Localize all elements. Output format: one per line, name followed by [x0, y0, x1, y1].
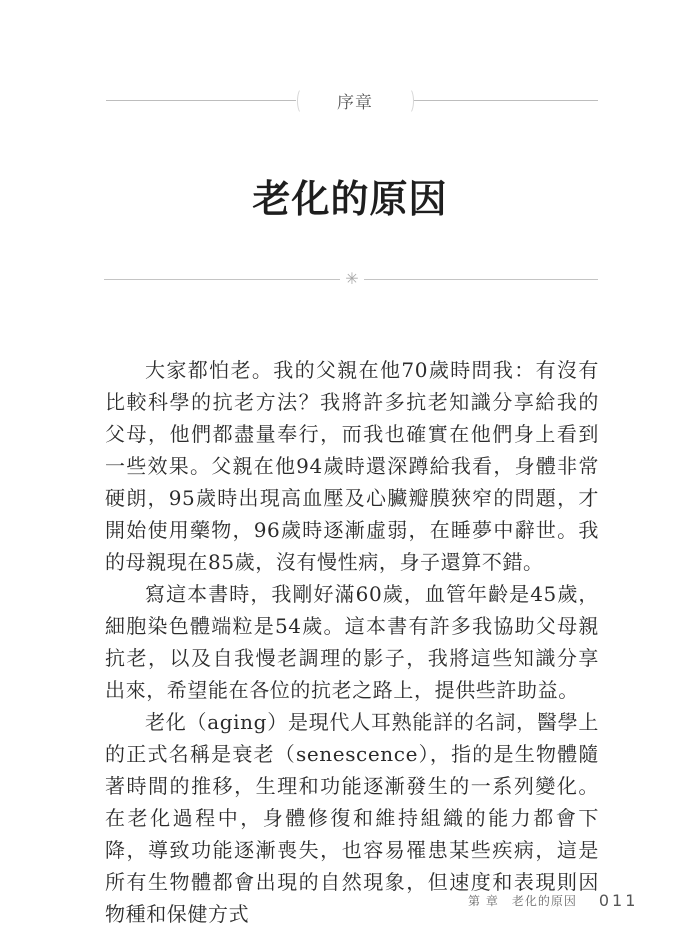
body-text: 大家都怕老。我的父親在他70歲時問我：有沒有比較科學的抗老方法？我將許多抗老知識…: [105, 354, 599, 930]
header-bracket-right-icon: [404, 88, 414, 114]
header-rule-left: [106, 100, 296, 101]
asterisk-ornament-icon: ✳: [342, 268, 362, 290]
header-rule-right: [414, 100, 598, 101]
paragraph: 寫這本書時，我剛好滿60歲，血管年齡是45歲，細胞染色體端粒是54歲。這本書有許…: [105, 578, 599, 706]
chapter-header: 序章: [106, 84, 598, 118]
title-divider: ✳: [104, 268, 598, 290]
running-footer-chapter: 第 章 老化的原因: [468, 892, 577, 909]
page-number: 011: [599, 891, 639, 910]
chapter-label: 序章: [306, 88, 404, 113]
page-title: 老化的原因: [0, 168, 700, 223]
paragraph: 大家都怕老。我的父親在他70歲時問我：有沒有比較科學的抗老方法？我將許多抗老知識…: [105, 354, 599, 578]
divider-rule-left: [104, 279, 340, 280]
page-footer: 第 章 老化的原因 011: [468, 888, 638, 912]
divider-rule-right: [364, 279, 598, 280]
